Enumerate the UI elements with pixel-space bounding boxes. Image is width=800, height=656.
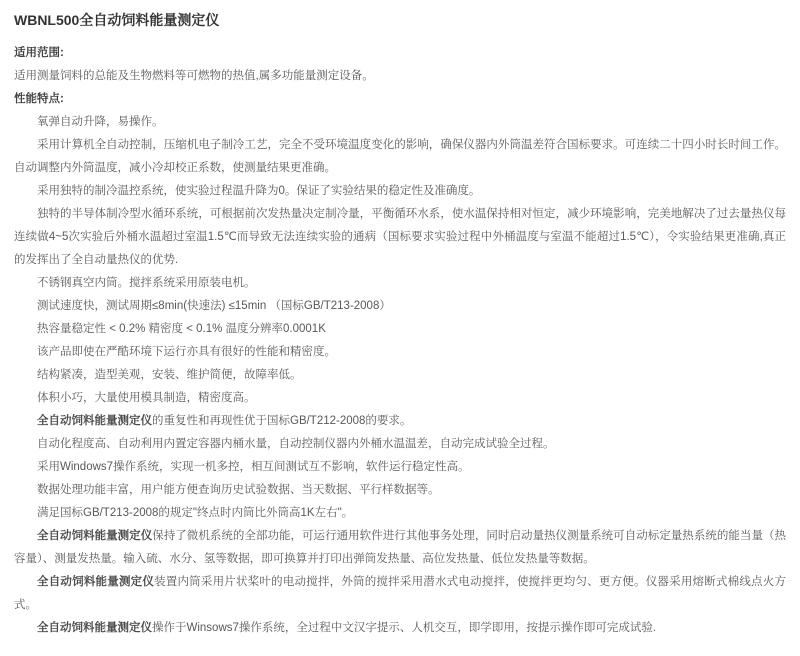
feature-paragraph: 自动化程度高、自动利用内置定容器内桶水量，自动控制仪器内外桶水温温差，自动完成试…	[14, 433, 786, 456]
feature-text: 的重复性和再现性优于国标GB/T212-2008的要求。	[152, 415, 411, 427]
scope-paragraph: 适用测量饲料的总能及生物燃料等可燃物的热值,属多功能量测定设备。	[14, 65, 786, 88]
product-name-bold: 全自动饲料能量测定仪	[37, 415, 152, 427]
feature-paragraph: 氧弹自动升降，易操作。	[14, 111, 786, 134]
product-name-bold: 全自动饲料能量测定仪	[37, 576, 154, 588]
feature-text: 数据处理功能丰富，用户能方便查询历史试验数据、当天数据、平行样数据等。	[37, 484, 440, 496]
feature-text: 独特的半导体制冷型水循环系统，可根据前次发热量决定制冷量，平衡循环水系，使水温保…	[14, 208, 786, 266]
product-description-document: WBNL500全自动饲料能量测定仪 适用范围: 适用测量饲料的总能及生物燃料等可…	[0, 0, 800, 656]
feature-paragraph: 全自动饲料能量测定仪保持了微机系统的全部功能，可运行通用软件进行其他事务处理，同…	[14, 525, 786, 571]
feature-text: 体积小巧，大量使用模具制造，精密度高。	[37, 392, 256, 404]
feature-text: 采用计算机全自动控制，压缩机电子制冷工艺，完全不受环境温度变化的影响，确保仪器内…	[14, 139, 786, 174]
feature-paragraph: 全自动饲料能量测定仪的重复性和再现性优于国标GB/T212-2008的要求。	[14, 410, 786, 433]
page-title: WBNL500全自动饲料能量测定仪	[14, 8, 786, 32]
feature-text: 操作于Winsows7操作系统，全过程中文汉字提示、人机交互，即学即用，按提示操…	[152, 622, 656, 634]
feature-paragraph: 数据处理功能丰富，用户能方便查询历史试验数据、当天数据、平行样数据等。	[14, 479, 786, 502]
feature-paragraph: 采用独特的制冷温控系统，使实验过程温升降为0。保证了实验结果的稳定性及准确度。	[14, 180, 786, 203]
feature-text: 满足国标GB/T213-2008的规定"终点时内筒比外筒高1K左右"。	[37, 507, 353, 519]
feature-text: 采用Windows7操作系统，实现一机多控，相互间测试互不影响，软件运行稳定性高…	[37, 461, 470, 473]
feature-text: 该产品即使在严酷环境下运行亦具有很好的性能和精密度。	[37, 346, 336, 358]
feature-text: 不锈钢真空内筒。搅拌系统采用原装电机。	[37, 277, 256, 289]
feature-paragraph: 测试速度快，测试周期≤8min(快速法) ≤15min （国标GB/T213-2…	[14, 295, 786, 318]
feature-paragraph: 独特的半导体制冷型水循环系统，可根据前次发热量决定制冷量，平衡循环水系，使水温保…	[14, 203, 786, 272]
section-features-heading: 性能特点:	[14, 88, 786, 111]
feature-paragraph: 体积小巧，大量使用模具制造，精密度高。	[14, 387, 786, 410]
feature-paragraph: 该产品即使在严酷环境下运行亦具有很好的性能和精密度。	[14, 341, 786, 364]
feature-paragraph: 不锈钢真空内筒。搅拌系统采用原装电机。	[14, 272, 786, 295]
feature-paragraph: 采用计算机全自动控制，压缩机电子制冷工艺，完全不受环境温度变化的影响，确保仪器内…	[14, 134, 786, 180]
feature-text: 热容量稳定性 < 0.2% 精密度 < 0.1% 温度分辨率0.0001K	[37, 323, 326, 335]
feature-text: 结构紧凑，造型美观，安装、维护简便，故障率低。	[37, 369, 302, 381]
feature-text: 采用独特的制冷温控系统，使实验过程温升降为0。保证了实验结果的稳定性及准确度。	[37, 185, 480, 197]
product-name-bold: 全自动饲料能量测定仪	[37, 530, 152, 542]
feature-text: 氧弹自动升降，易操作。	[37, 116, 164, 128]
feature-paragraph: 满足国标GB/T213-2008的规定"终点时内筒比外筒高1K左右"。	[14, 502, 786, 525]
feature-paragraph: 全自动饲料能量测定仪操作于Winsows7操作系统，全过程中文汉字提示、人机交互…	[14, 617, 786, 640]
feature-paragraph: 热容量稳定性 < 0.2% 精密度 < 0.1% 温度分辨率0.0001K	[14, 318, 786, 341]
feature-paragraph: 采用Windows7操作系统，实现一机多控，相互间测试互不影响，软件运行稳定性高…	[14, 456, 786, 479]
product-name-bold: 全自动饲料能量测定仪	[37, 622, 152, 634]
feature-text: 测试速度快，测试周期≤8min(快速法) ≤15min （国标GB/T213-2…	[37, 300, 391, 312]
feature-paragraph: 结构紧凑，造型美观，安装、维护简便，故障率低。	[14, 364, 786, 387]
section-scope-heading: 适用范围:	[14, 42, 786, 65]
feature-paragraph: 全自动饲料能量测定仪装置内筒采用片状桨叶的电动搅拌，外筒的搅拌采用潜水式电动搅拌…	[14, 571, 786, 617]
feature-text: 自动化程度高、自动利用内置定容器内桶水量，自动控制仪器内外桶水温温差，自动完成试…	[37, 438, 555, 450]
